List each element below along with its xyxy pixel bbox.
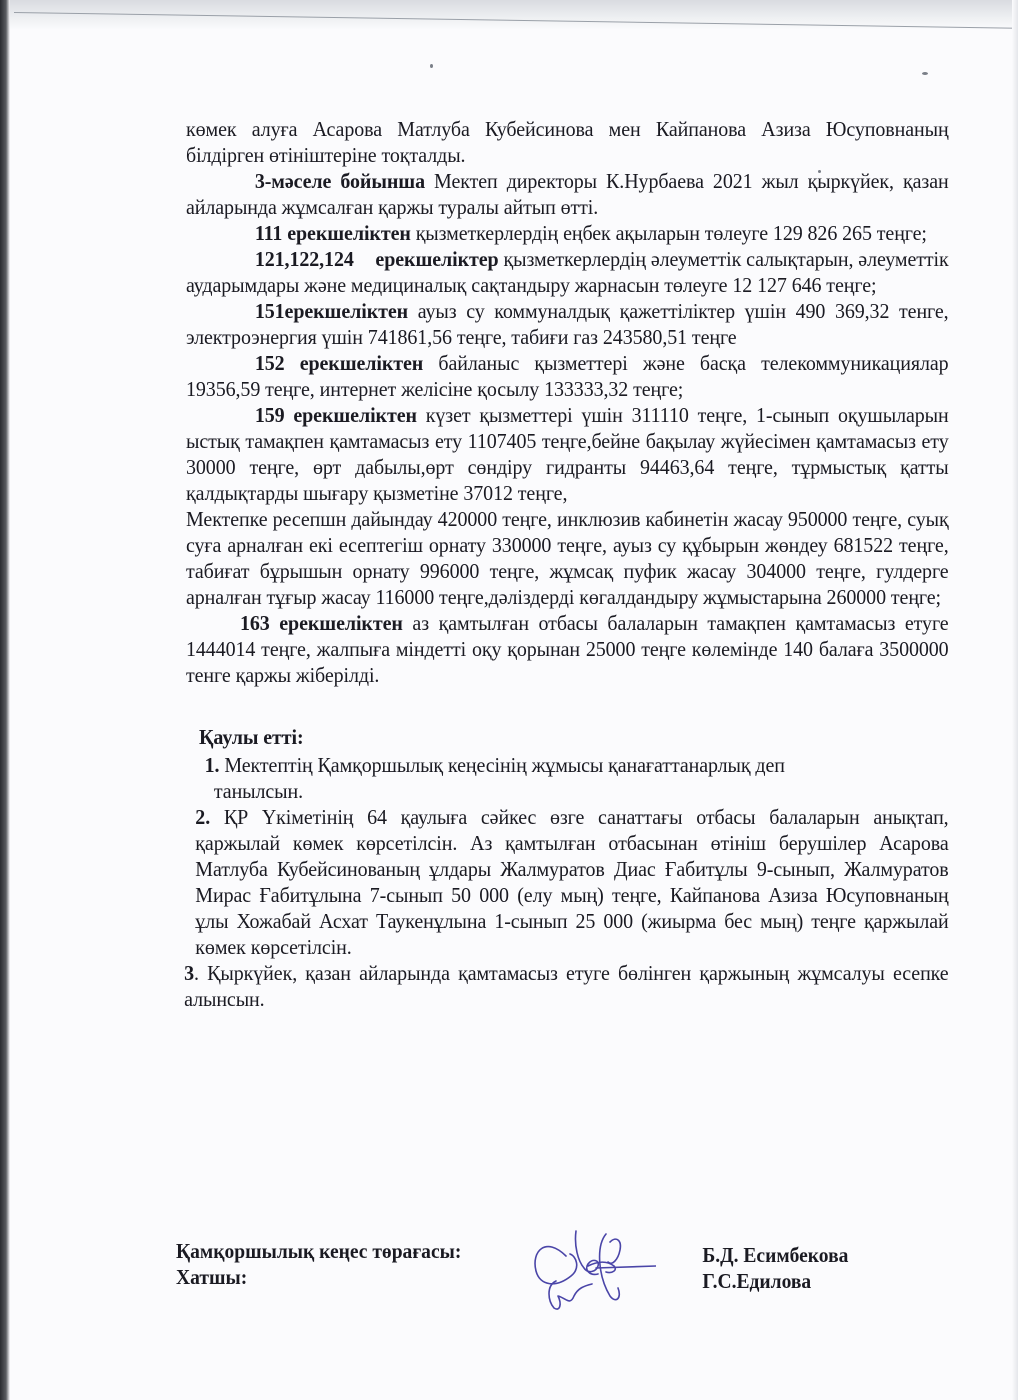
- resolution-item-1: 1. Мектептің Қамқоршылық кеңесінің жұмыс…: [205, 752, 949, 804]
- resolution-item-2: 2. ҚР Үкіметінің 64 қаулыға сәйкес өзге …: [195, 804, 948, 960]
- spec-159-paragraph: 159 ерекшеліктен күзет қызметтері үшін 3…: [186, 402, 949, 506]
- spec-121-paragraph: 121,122,124 ерекшеліктер қызметкерлердің…: [186, 246, 949, 298]
- handwritten-signature-icon: [526, 1226, 656, 1316]
- signature-names: Б.Д. Есимбекова Г.С.Едилова: [702, 1242, 848, 1294]
- signature-titles: Қамқоршылық кеңес төрағасы: Хатшы:: [176, 1238, 461, 1290]
- document-body: көмек алуға Асарова Матлуба Кубейсинова …: [186, 116, 949, 1012]
- secretary-title: Хатшы:: [176, 1264, 461, 1290]
- intro-paragraph: көмек алуға Асарова Матлуба Кубейсинова …: [186, 116, 949, 168]
- spacer: [186, 688, 949, 714]
- resolution-item-3: 3. Қыркүйек, қазан айларында қамтамасыз …: [184, 960, 948, 1012]
- scan-right-border: [1012, 0, 1018, 1400]
- spec-159-continuation: Мектепке ресепшн дайындау 420000 теңге, …: [186, 506, 949, 610]
- secretary-name: Г.С.Едилова: [702, 1268, 848, 1294]
- spec-159-heading: 159 ерекшеліктен: [255, 403, 417, 427]
- spec-121-heading: 121,122,124 ерекшеліктер: [255, 247, 499, 271]
- resolution-heading: Қаулы етті:: [199, 724, 949, 750]
- question-3-paragraph: 3-мәселе бойынша Мектеп директоры К.Нурб…: [186, 168, 949, 220]
- spec-163-paragraph: 163 ерекшеліктен аз қамтылған отбасы бал…: [186, 610, 949, 688]
- spec-152-heading: 152 ерекшеліктен: [255, 351, 423, 375]
- spec-151-paragraph: 151ерекшеліктен ауыз су коммуналдық қаже…: [186, 298, 949, 350]
- scan-speck: [922, 72, 928, 75]
- scan-speck: [430, 64, 433, 68]
- chair-title: Қамқоршылық кеңес төрағасы:: [176, 1238, 461, 1264]
- spec-152-paragraph: 152 ерекшеліктен байланыс қызметтері жән…: [186, 350, 949, 402]
- scan-left-border: [0, 0, 10, 1400]
- spec-111-heading: 111 ерекшеліктен: [255, 221, 411, 245]
- spec-163-heading: 163 ерекшеліктен: [240, 611, 403, 635]
- spec-111-paragraph: 111 ерекшеліктен қызметкерлердің еңбек а…: [186, 220, 949, 246]
- signature-block: Қамқоршылық кеңес төрағасы: Хатшы: Б.Д. …: [176, 1238, 864, 1308]
- spec-151-heading: 151ерекшеліктен: [255, 299, 408, 323]
- question-3-heading: 3-мәселе бойынша: [255, 169, 425, 193]
- chair-name: Б.Д. Есимбекова: [702, 1242, 848, 1268]
